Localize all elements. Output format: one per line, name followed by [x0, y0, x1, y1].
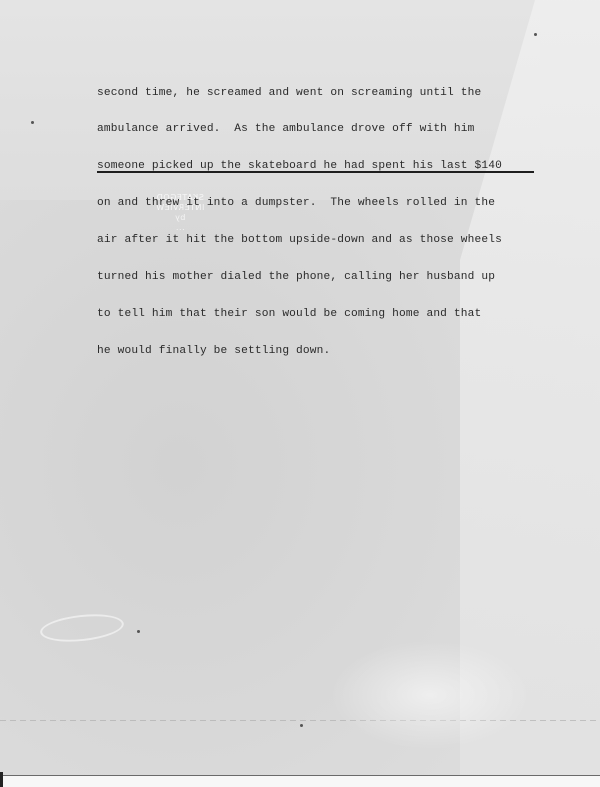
dust-speck	[137, 630, 140, 633]
typed-paragraph: second time, he screamed and went on scr…	[97, 62, 547, 382]
text-line: to tell him that their son would be comi…	[97, 308, 547, 320]
dust-speck	[31, 121, 34, 124]
text-line: ambulance arrived. As the ambulance drov…	[97, 123, 547, 135]
text-line: he would finally be settling down.	[97, 345, 547, 357]
dust-speck	[534, 33, 537, 36]
text-line: on and threw it into a dumpster. The whe…	[97, 197, 547, 209]
text-line: turned his mother dialed the phone, call…	[97, 271, 547, 283]
dust-speck	[300, 724, 303, 727]
text-line: air after it hit the bottom upside-down …	[97, 234, 547, 246]
scanned-page: SKATEGOD INTERVIEW by ... second time, h…	[0, 0, 600, 787]
text-line: second time, he screamed and went on scr…	[97, 87, 547, 99]
scan-bottom-margin	[0, 775, 600, 787]
section-divider-rule	[97, 171, 534, 173]
scan-edge-mark	[0, 772, 3, 787]
